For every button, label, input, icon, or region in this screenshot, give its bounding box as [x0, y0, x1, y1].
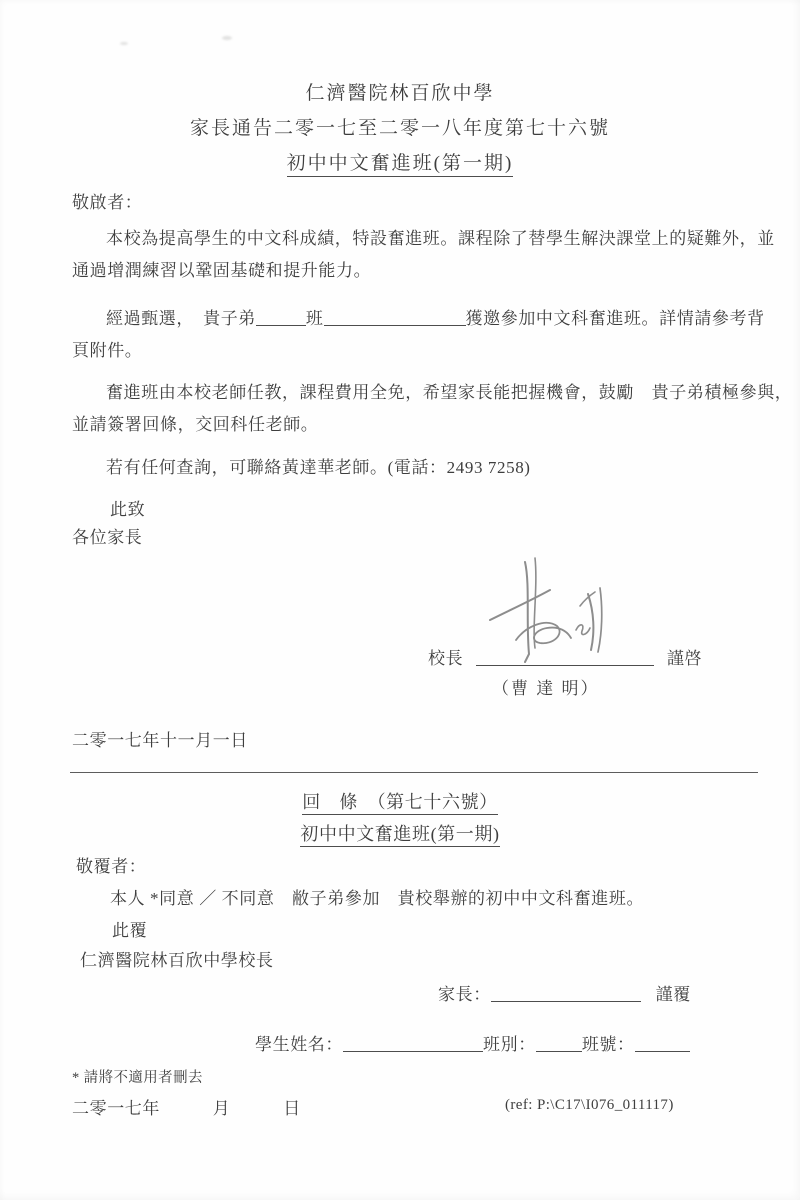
- class-label: 班別：: [483, 1035, 536, 1054]
- paragraph3-line2: 並請簽署回條，交回科任老師。: [72, 410, 318, 435]
- scan-artifact: [222, 36, 232, 40]
- class-blank-line: [256, 309, 306, 326]
- recipient: 各位家長: [72, 523, 142, 548]
- student-info-line: 學生姓名：班別：班號：: [255, 1030, 690, 1055]
- consent-line: 本人 *同意 ／ 不同意 敝子弟參加 貴校舉辦的初中中文科奮進班。: [110, 884, 644, 909]
- scanned-notice-page: 仁濟醫院林百欣中學 家長通告二零一七至二零一八年度第七十六號 初中中文奮進班(第…: [0, 0, 800, 1200]
- class-no-label: 班號：: [582, 1035, 635, 1054]
- name-blank-line: [324, 309, 466, 326]
- reply-salutation: 敬覆者：: [76, 852, 146, 877]
- student-name-label: 學生姓名：: [255, 1035, 343, 1054]
- paragraph2-pre: 經過甄選， 貴子弟: [106, 309, 256, 328]
- paragraph1-line2: 通過增潤練習以鞏固基礎和提升能力。: [72, 256, 371, 281]
- notice-subject: 初中中文奮進班(第一期): [0, 148, 800, 175]
- principal-signature-line: [476, 649, 654, 666]
- principal-sign-line: 校長 謹啓: [428, 644, 702, 669]
- closing: 此致: [110, 495, 145, 520]
- tear-off-divider: [70, 772, 758, 773]
- paragraph2-post: 獲邀參加中文科奮進班。詳情請參考背: [466, 309, 765, 328]
- parent-label: 家長：: [438, 985, 491, 1004]
- contact-line: 若有任何查詢，可聯絡黃達華老師。(電話：2493 7258): [106, 453, 531, 478]
- paragraph2-line2: 頁附件。: [72, 336, 142, 361]
- paragraph1-line1: 本校為提高學生的中文科成績，特設奮進班。課程除了替學生解決課堂上的疑難外，並: [106, 224, 775, 249]
- reply-slip-subject: 初中中文奮進班(第一期): [0, 820, 800, 846]
- reply-date-line: 二零一七年 月 日: [72, 1094, 301, 1119]
- salutation: 敬啟者：: [72, 188, 142, 213]
- notice-number: 家長通告二零一七至二零一八年度第七十六號: [0, 113, 800, 140]
- sign-off: 謹啓: [667, 649, 702, 668]
- letter-date: 二零一七年十一月一日: [72, 726, 248, 751]
- class-no-blank: [635, 1035, 690, 1052]
- paragraph2-mid: 班: [306, 309, 324, 328]
- principal-name: （曹 達 明）: [492, 674, 600, 699]
- student-name-blank: [343, 1035, 483, 1052]
- reply-slip-subject-text: 初中中文奮進班(第一期): [300, 824, 499, 847]
- class-blank: [536, 1035, 582, 1052]
- parent-signature-line: [491, 985, 641, 1002]
- reply-closing: 此覆: [112, 916, 147, 941]
- principal-label: 校長: [428, 649, 463, 668]
- footnote: * 請將不適用者刪去: [72, 1066, 203, 1087]
- notice-subject-text: 初中中文奮進班(第一期): [287, 153, 514, 177]
- paragraph2-line1: 經過甄選， 貴子弟班獲邀參加中文科奮進班。詳情請參考背: [106, 304, 765, 329]
- reference-code: (ref: P:\C17\I076_011117): [505, 1097, 674, 1114]
- parent-signoff: 謹覆: [656, 985, 691, 1004]
- scan-artifact: [120, 42, 128, 45]
- reply-slip-title-text: 回 條 （第七十六號）: [302, 792, 498, 815]
- reply-principal-line: 仁濟醫院林百欣中學校長: [80, 946, 274, 971]
- reply-slip-title: 回 條 （第七十六號）: [0, 788, 800, 814]
- school-name: 仁濟醫院林百欣中學: [0, 78, 800, 105]
- paragraph3-line1: 奮進班由本校老師任教，課程費用全免，希望家長能把握機會，鼓勵 貴子弟積極參與，: [106, 378, 792, 403]
- parent-sign-line: 家長： 謹覆: [438, 980, 691, 1005]
